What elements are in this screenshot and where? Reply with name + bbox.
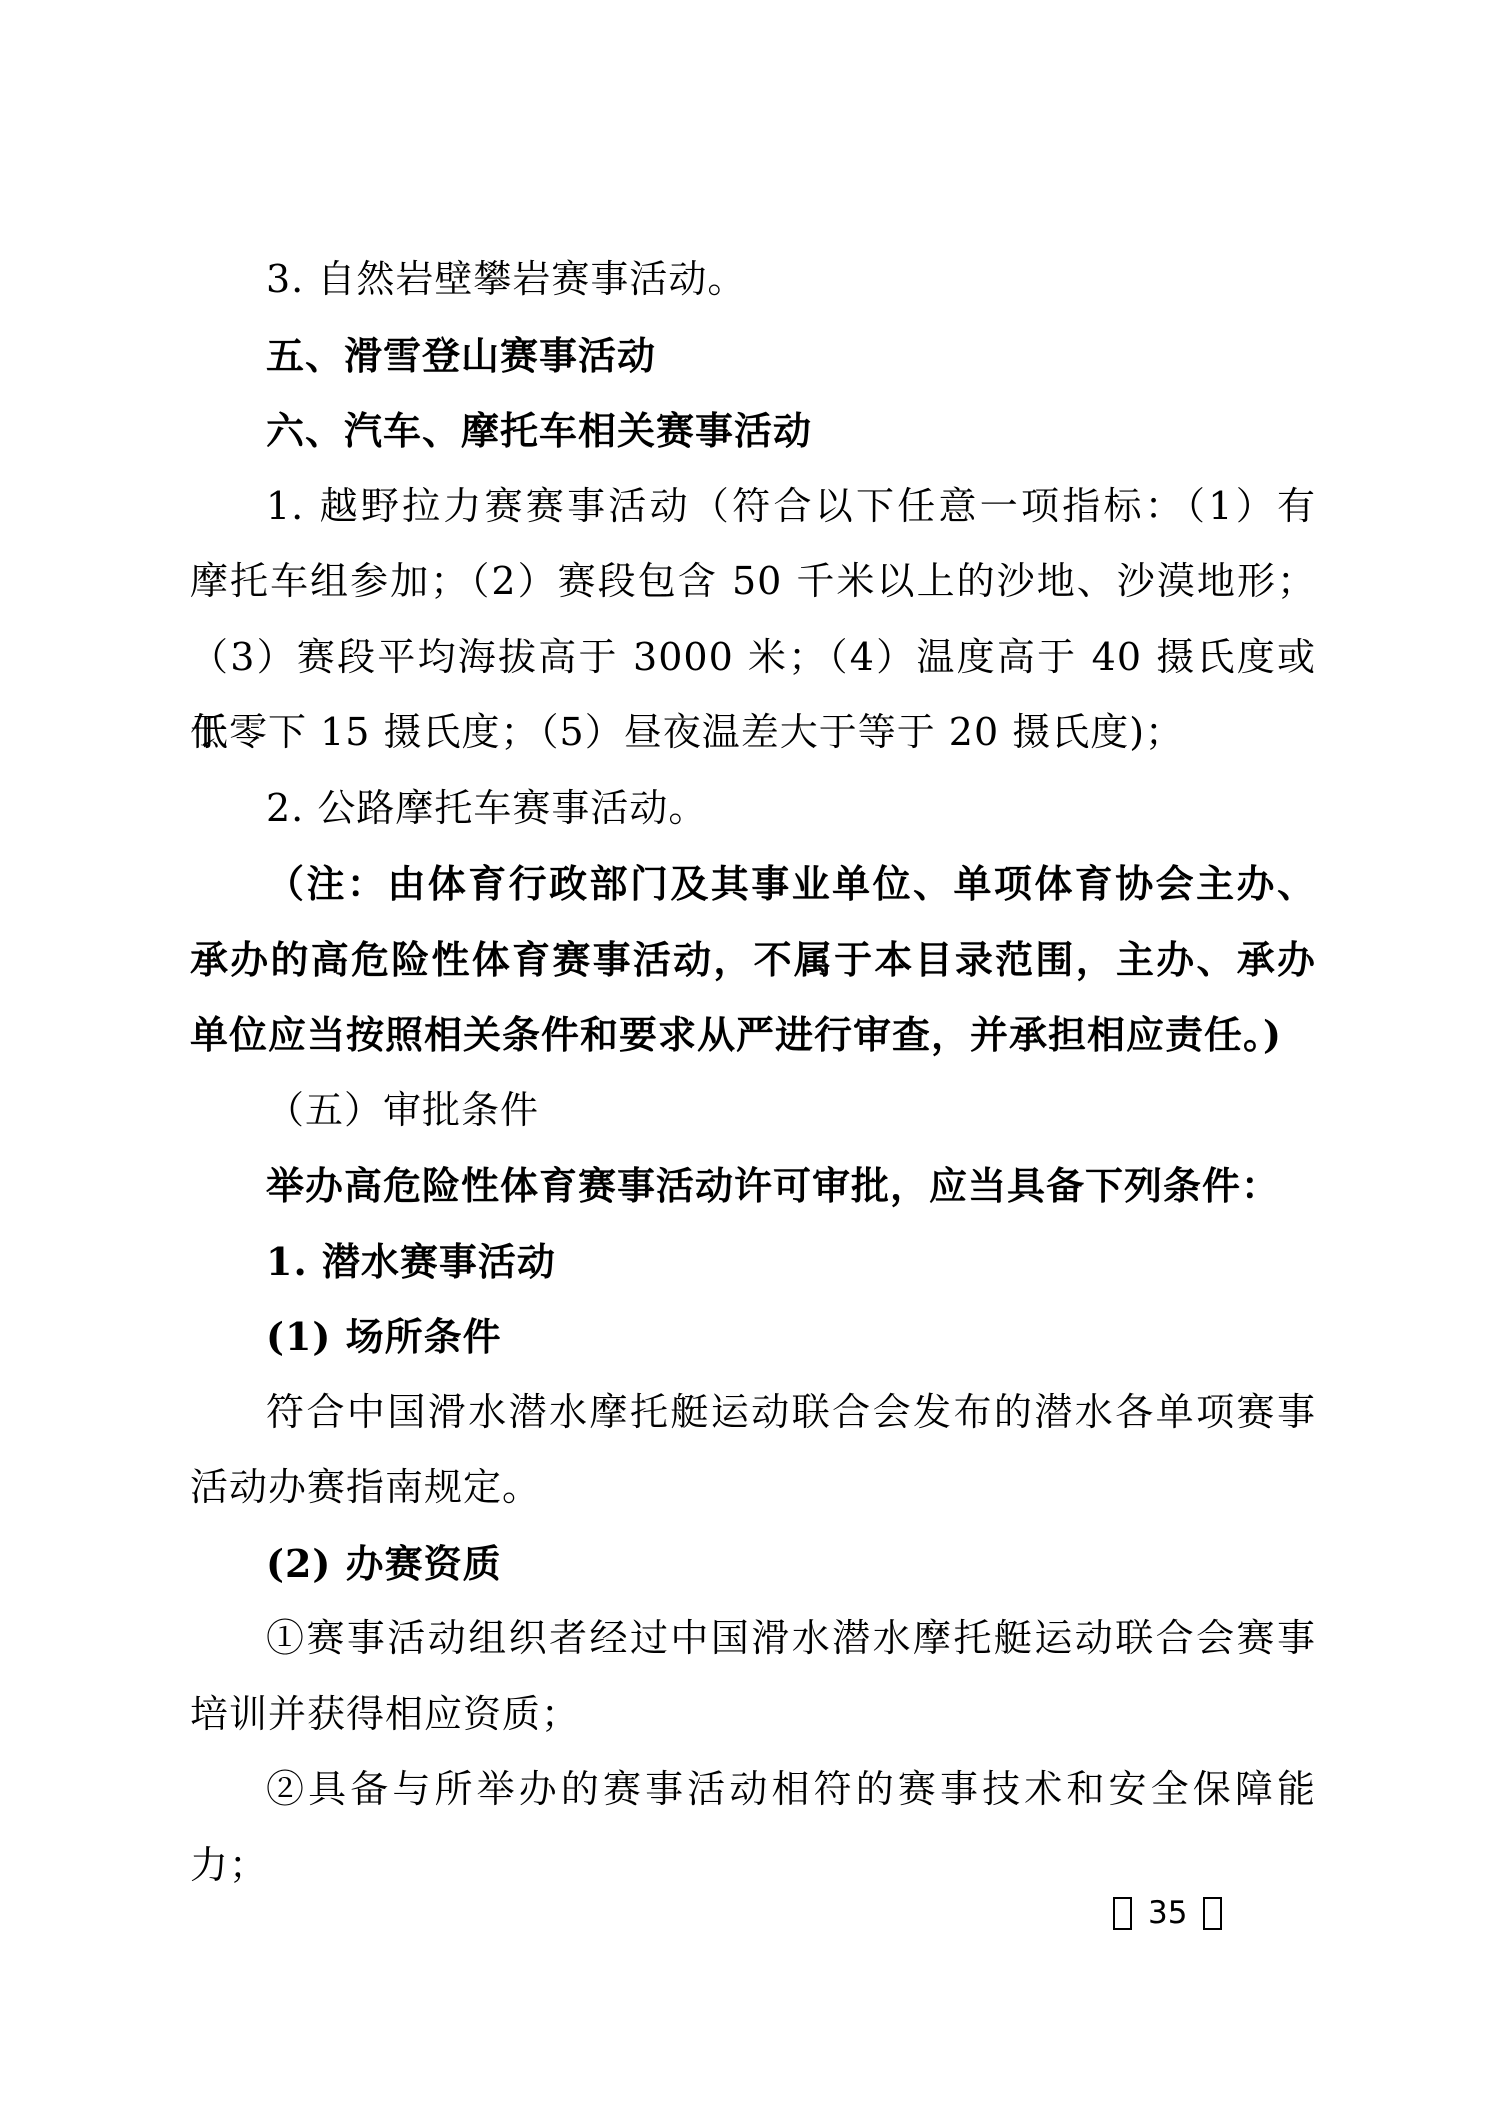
text-line: 举办高危险性体育赛事活动许可审批，应当具备下列条件：	[190, 1148, 1316, 1224]
text-line: （注：由体育行政部门及其事业单位、单项体育协会主办、	[190, 846, 1316, 922]
text-line: 于零下 15 摄氏度；（5）昼夜温差大于等于 20 摄氏度)；	[190, 695, 1316, 771]
document-lines: 3. 自然岩壁攀岩赛事活动。五、滑雪登山赛事活动六、汽车、摩托车相关赛事活动1.…	[190, 242, 1316, 1903]
text-line: （3）赛段平均海拔高于 3000 米；（4）温度高于 40 摄氏度或低	[190, 620, 1316, 696]
text-line: 六、汽车、摩托车相关赛事活动	[190, 393, 1316, 469]
text-line: 培训并获得相应资质；	[190, 1677, 1316, 1753]
text-line: ①赛事活动组织者经过中国滑水潜水摩托艇运动联合会赛事	[190, 1601, 1316, 1677]
missing-glyph-icon	[1203, 1897, 1222, 1930]
text-line: 单位应当按照相关条件和要求从严进行审查，并承担相应责任。)	[190, 997, 1316, 1073]
text-line: 五、滑雪登山赛事活动	[190, 318, 1316, 394]
text-line: ②具备与所举办的赛事活动相符的赛事技术和安全保障能	[190, 1752, 1316, 1828]
text-line: (1) 场所条件	[190, 1299, 1316, 1375]
page-footer: 35	[1113, 1894, 1222, 1932]
text-line: （五）审批条件	[190, 1073, 1316, 1149]
text-line: 摩托车组参加；（2）赛段包含 50 千米以上的沙地、沙漠地形；	[190, 544, 1316, 620]
text-line: 2. 公路摩托车赛事活动。	[190, 771, 1316, 847]
text-line: 符合中国滑水潜水摩托艇运动联合会发布的潜水各单项赛事	[190, 1375, 1316, 1451]
page-number: 35	[1148, 1894, 1187, 1932]
text-line: 1. 潜水赛事活动	[190, 1224, 1316, 1300]
text-line: 承办的高危险性体育赛事活动，不属于本目录范围，主办、承办	[190, 922, 1316, 998]
text-line: 1. 越野拉力赛赛事活动（符合以下任意一项指标：（1）有	[190, 469, 1316, 545]
text-line: (2) 办赛资质	[190, 1526, 1316, 1602]
text-line: 3. 自然岩壁攀岩赛事活动。	[190, 242, 1316, 318]
missing-glyph-icon	[1113, 1897, 1132, 1930]
document-page: 3. 自然岩壁攀岩赛事活动。五、滑雪登山赛事活动六、汽车、摩托车相关赛事活动1.…	[0, 0, 1487, 2105]
text-line: 活动办赛指南规定。	[190, 1450, 1316, 1526]
text-line: 力；	[190, 1828, 1316, 1904]
